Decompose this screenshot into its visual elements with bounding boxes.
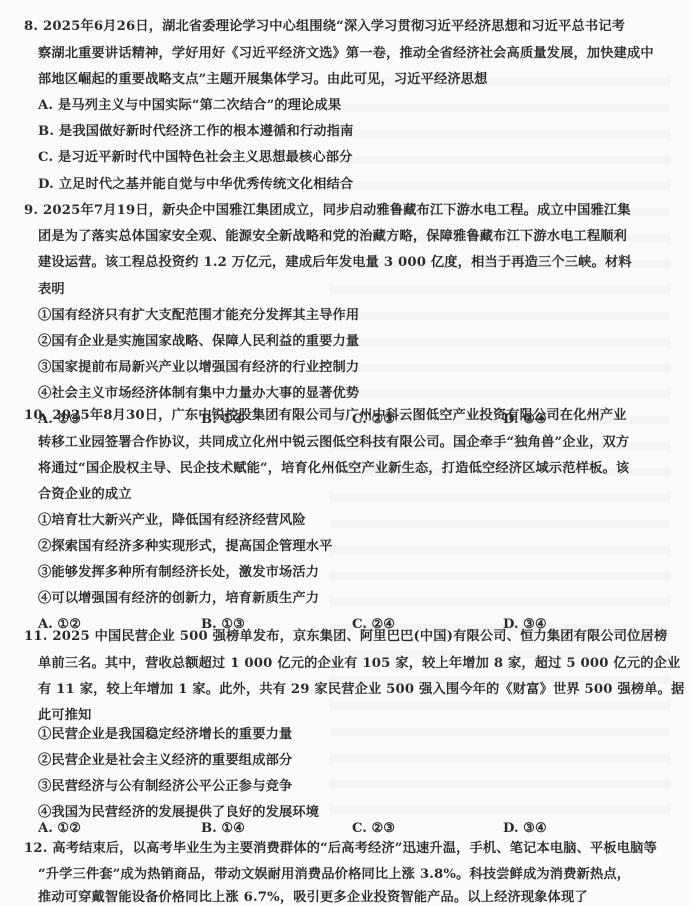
question-stem-line: 推动可穿戴智能设备价格同比上涨 6.7%，吸引更多企业投资智能产品。以上经济现象… (38, 889, 588, 906)
question-stem-line: 有 11 家，较上年增加 1 家。此外，共有 29 家民营企业 500 强入围今… (38, 681, 684, 699)
option-b: B. ①④ (201, 820, 245, 838)
statement-4: ④可以增强国有经济的创新力，培育新质生产力 (38, 590, 319, 608)
choice-c: C. 是习近平新时代中国特色社会主义思想最核心部分 (38, 149, 353, 167)
question-stem-line: 单前三名。其中，营收总额超过 1 000 亿元的企业有 105 家，较上年增加 … (38, 655, 680, 673)
statement-1: ①国有经济只有扩大支配范围才能充分发挥其主导作用 (38, 307, 359, 325)
question-stem-line: 转移工业园签署合作协议，共同成立化州中锐云图低空科技有限公司。国企牵手“独角兽”… (38, 434, 629, 452)
statement-4: ④社会主义市场经济体制有集中力量办大事的显著优势 (38, 385, 359, 403)
option-d: D. ③④ (503, 820, 547, 838)
question-stem-line: 12. 高考结束后，以高考毕业生为主要消费群体的“后高考经济”迅速升温，手机、笔… (24, 840, 657, 858)
question-stem-line: 部地区崛起的重要战略支点”主题开展集体学习。由此可见，习近平经济思想 (38, 71, 488, 89)
choice-a: A. 是马列主义与中国实际“第二次结合”的理论成果 (38, 97, 341, 115)
statement-3: ③能够发挥多种所有制经济长处，激发市场活力 (38, 564, 319, 582)
question-stem-line: 9. 2025年7月19日，新央企中国雅江集团成立，同步启动雅鲁藏布江下游水电工… (24, 202, 631, 220)
question-stem-line: 察湖北重要讲话精神，学好用好《习近平经济文选》第一卷，推动全省经济社会高质量发展… (38, 45, 654, 63)
question-stem-line: 11. 2025 中国民营企业 500 强榜单发布，京东集团、阿里巴巴(中国)有… (24, 628, 667, 646)
question-stem-line: 团是为了落实总体国家安全观、能源安全新战略和党的治藏方略，保障雅鲁藏布江下游水电… (38, 228, 627, 246)
exam-page: 8. 2025年6月26日，湖北省委理论学习中心组围绕“深入学习贯彻习近平经济思… (0, 0, 692, 906)
option-a: A. ①② (38, 820, 81, 838)
question-stem-line: 将通过“国企股权主导、民企技术赋能”，培育化州低空产业新生态，打造低空经济区域示… (38, 460, 629, 478)
question-stem-line: 此可推知 (38, 707, 92, 725)
question-stem-line: 8. 2025年6月26日，湖北省委理论学习中心组围绕“深入学习贯彻习近平经济思… (24, 18, 625, 36)
statement-3: ③国家提前布局新兴产业以增强国有经济的行业控制力 (38, 359, 359, 377)
choice-b: B. 是我国做好新时代经济工作的根本遵循和行动指南 (38, 123, 353, 141)
option-c: C. ②③ (352, 820, 395, 838)
statement-3: ③民营经济与公有制经济公平公正参与竞争 (38, 778, 292, 796)
question-stem-line: 表明 (38, 281, 65, 299)
statement-1: ①民营企业是我国稳定经济增长的重要力量 (38, 726, 292, 744)
question-stem-line: “升学三件套”成为热销商品，带动文娱耐用消费品价格同比上涨 3.8%。科技尝鲜成… (38, 866, 630, 884)
question-stem-line: 合资企业的成立 (38, 486, 132, 504)
statement-2: ②探索国有经济多种实现形式，提高国企管理水平 (38, 538, 333, 556)
statement-2: ②国有企业是实施国家战略、保障人民利益的重要力量 (38, 333, 359, 351)
question-stem-line: 建设运营。该工程总投资约 1.2 万亿元，建成后年发电量 3 000 亿度，相当… (38, 254, 632, 272)
statement-1: ①培育壮大新兴产业，降低国有经济经营风险 (38, 512, 306, 530)
choice-d: D. 立足时代之基并能自觉与中华优秀传统文化相结合 (38, 176, 353, 194)
question-stem-line: 10. 2025年8月30日，广东中锐控股集团有限公司与广州中科云图低空产业投资… (24, 407, 627, 425)
statement-2: ②民营企业是社会主义经济的重要组成部分 (38, 752, 292, 770)
